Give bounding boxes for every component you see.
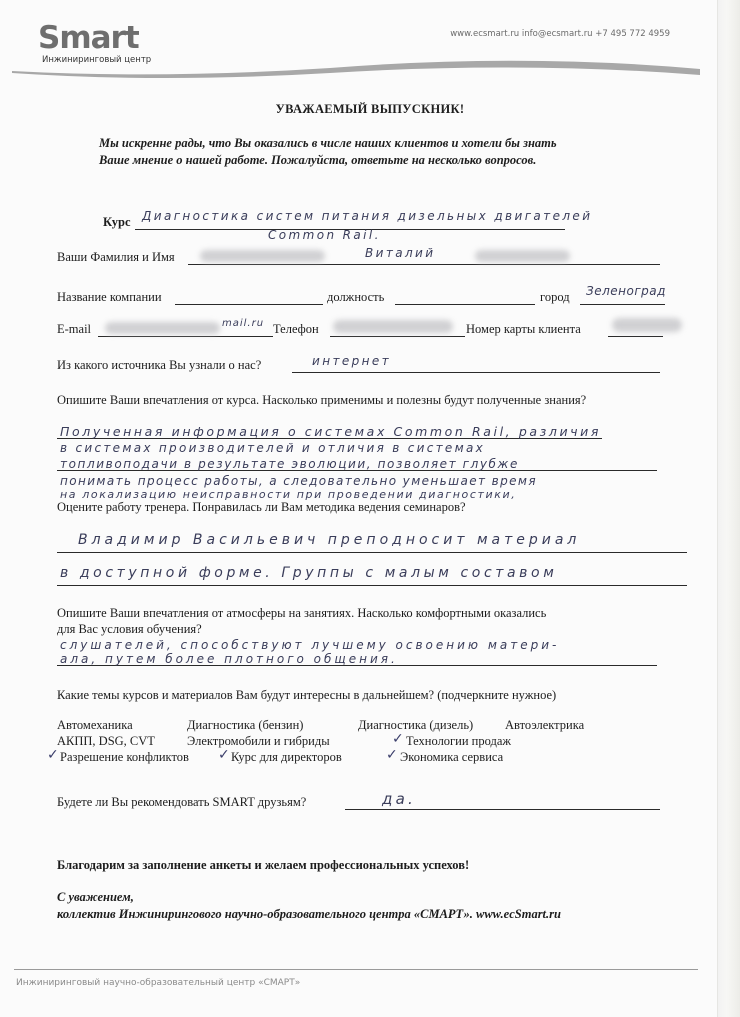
- logo: Smart: [38, 20, 139, 56]
- name-field[interactable]: Виталий: [365, 246, 435, 260]
- intro-line-2: Ваше мнение о нашей работе. Пожалуйста, …: [99, 152, 659, 169]
- recommend-field-line: [345, 809, 660, 810]
- position-label: должность: [327, 290, 384, 305]
- redacted-surname: [200, 250, 325, 262]
- regards-text: С уважением,: [57, 890, 134, 905]
- answer-text: понимать процесс работы, а следовательно…: [60, 474, 537, 488]
- page-edge: [717, 0, 740, 1017]
- topic-auto-mechanics[interactable]: Автомеханика: [57, 718, 133, 733]
- intro-line-1: Мы искренне рады, что Вы оказались в чис…: [99, 135, 659, 152]
- check-icon: ✓: [386, 747, 398, 763]
- redacted-name-part: [475, 250, 570, 262]
- contacts: www.ecsmart.ru info@ecsmart.ru +7 495 77…: [450, 29, 670, 39]
- answer-text: в системах производителей и отличия в си…: [60, 441, 485, 455]
- city-label: город: [540, 290, 570, 305]
- city-field-line: [580, 304, 665, 305]
- source-field[interactable]: интернет: [312, 354, 391, 368]
- company-label: Название компании: [57, 290, 162, 305]
- topic-diagnostics-petrol[interactable]: Диагностика (бензин): [187, 718, 303, 733]
- header-swoosh-decoration: [0, 55, 700, 85]
- topic-electric-hybrid[interactable]: Электромобили и гибриды: [187, 734, 330, 749]
- answer-line: [57, 585, 687, 586]
- answer-text: топливоподачи в результате эволюции, поз…: [60, 457, 519, 471]
- footer-text: Инжиниринговый научно-образовательный це…: [16, 978, 300, 988]
- company-field[interactable]: [175, 304, 323, 305]
- intro-text: Мы искренне рады, что Вы оказались в чис…: [99, 135, 659, 169]
- topics-question: Какие темы курсов и материалов Вам будут…: [57, 688, 556, 703]
- answer-line: [57, 552, 687, 553]
- check-icon: ✓: [47, 747, 59, 763]
- answer-text: Владимир Васильевич преподносит материал: [78, 532, 580, 548]
- topic-service-economics[interactable]: Экономика сервиса: [400, 750, 503, 765]
- topic-conflict-resolution[interactable]: Разрешение конфликтов: [60, 750, 189, 765]
- redacted-email: [105, 322, 220, 334]
- redacted-card: [612, 318, 682, 332]
- recommend-field[interactable]: да.: [382, 790, 416, 808]
- trainer-question: Оцените работу тренера. Понравилась ли В…: [57, 500, 466, 515]
- phone-field[interactable]: [330, 336, 465, 337]
- phone-label: Телефон: [273, 322, 319, 337]
- position-field[interactable]: [395, 304, 535, 305]
- answer-text: ала, путем более плотного общения.: [60, 652, 398, 666]
- check-icon: ✓: [392, 731, 404, 747]
- name-label: Ваши Фамилия и Имя: [57, 250, 175, 265]
- answer-text: в доступной форме. Группы с малым состав…: [60, 565, 557, 581]
- city-field[interactable]: Зеленоград: [586, 284, 666, 298]
- topic-auto-electrics[interactable]: Автоэлектрика: [505, 718, 584, 733]
- card-label: Номер карты клиента: [466, 322, 581, 337]
- topic-transmissions[interactable]: АКПП, DSG, CVT: [57, 734, 155, 749]
- thanks-text: Благодарим за заполнение анкеты и желаем…: [57, 858, 469, 873]
- email-label: E-mail: [57, 322, 91, 337]
- check-icon: ✓: [218, 747, 230, 763]
- signature-text: коллектив Инжинирингового научно-образов…: [57, 907, 561, 922]
- course-field-cont[interactable]: Common Rail.: [268, 228, 381, 242]
- course-impressions-question: Опишите Ваши впечатления от курса. Наско…: [57, 393, 586, 408]
- redacted-phone: [333, 320, 453, 333]
- course-field[interactable]: Диагностика систем питания дизельных дви…: [142, 209, 592, 223]
- answer-text: слушателей, способствуют лучшему освоени…: [60, 638, 559, 652]
- footer-divider: [14, 969, 698, 970]
- email-field[interactable]: mail.ru: [222, 318, 264, 329]
- topic-sales-technologies[interactable]: Технологии продаж: [406, 734, 511, 749]
- source-label: Из какого источника Вы узнали о нас?: [57, 358, 261, 373]
- name-field-line: [188, 264, 660, 265]
- atmosphere-question-cont: для Вас условия обучения?: [57, 622, 202, 637]
- course-label: Курс: [103, 215, 131, 230]
- form-title: УВАЖАЕМЫЙ ВЫПУСКНИК!: [0, 102, 740, 117]
- topic-diagnostics-diesel[interactable]: Диагностика (дизель): [358, 718, 473, 733]
- email-field-line: [98, 336, 273, 337]
- topic-directors-course[interactable]: Курс для директоров: [231, 750, 342, 765]
- answer-text: Полученная информация о системах Common …: [60, 424, 601, 439]
- atmosphere-question: Опишите Ваши впечатления от атмосферы на…: [57, 606, 546, 621]
- recommend-question: Будете ли Вы рекомендовать SMART друзьям…: [57, 795, 306, 810]
- card-field[interactable]: [608, 336, 663, 337]
- source-field-line: [292, 372, 660, 373]
